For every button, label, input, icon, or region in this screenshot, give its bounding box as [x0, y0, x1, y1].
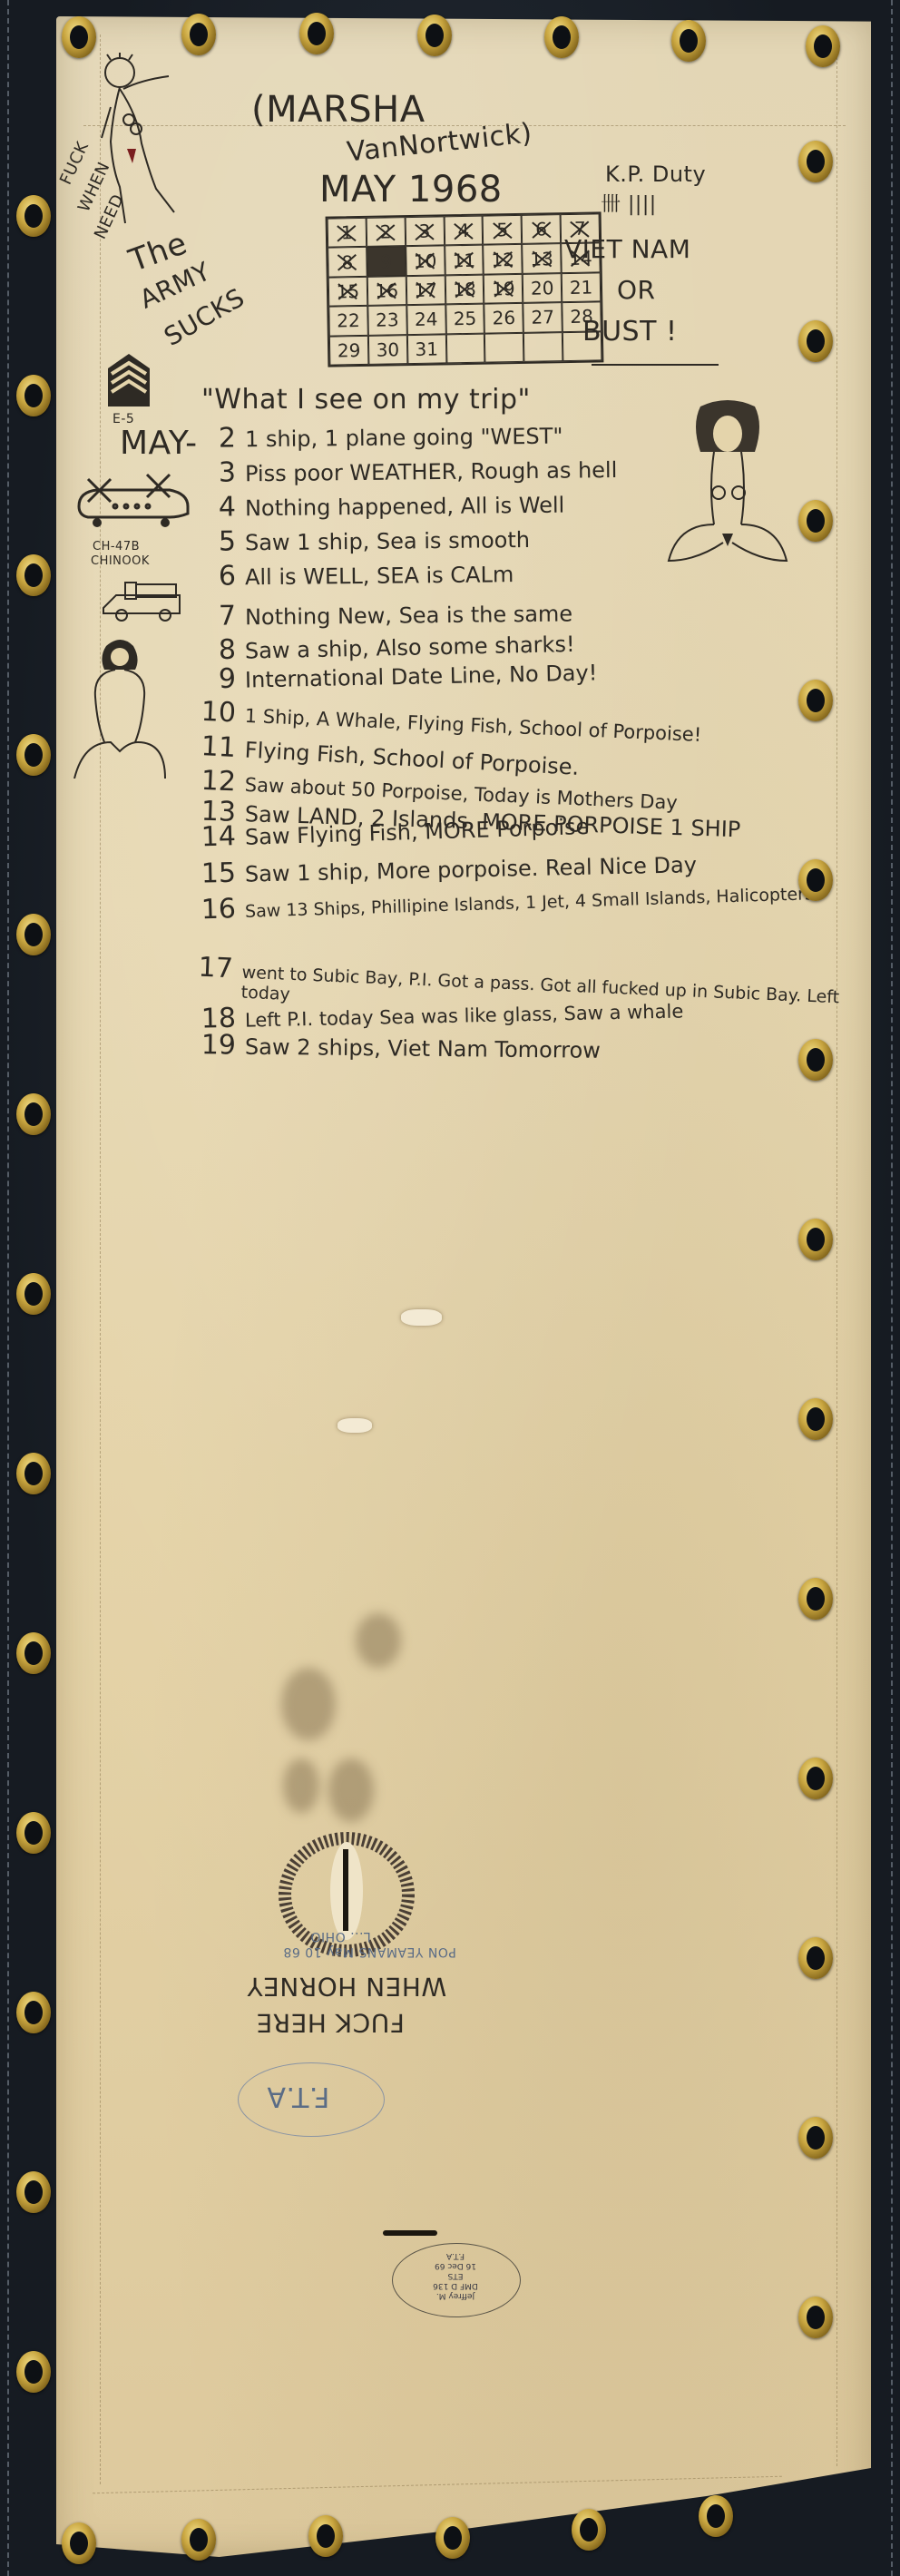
canvas-tear [337, 1418, 372, 1433]
log-entry-text: Saw Flying Fish, MORE Porpoise [245, 814, 590, 850]
log-entry: 7Nothing New, Sea is the same [183, 597, 572, 632]
brass-grommet [299, 13, 334, 54]
log-entry-day: 10 [182, 695, 245, 730]
pencil-hometown-upside-down: L... OHIO [310, 1929, 371, 1944]
brass-grommet [16, 375, 51, 416]
calendar-day: 23 [367, 305, 406, 335]
brass-grommet [308, 2515, 343, 2557]
log-entry: 21 ship, 1 plane going "WEST" [183, 419, 563, 455]
calendar-day: 4 [444, 216, 483, 246]
brass-grommet [798, 320, 833, 362]
calendar-day: 2 [366, 217, 405, 247]
brass-grommet [16, 554, 51, 596]
log-entry-text: Left P.I. today Sea was like glass, Saw … [245, 1000, 684, 1031]
stain [356, 1613, 401, 1668]
brass-grommet [16, 1453, 51, 1494]
brass-grommet [62, 2522, 96, 2564]
log-entry-text: 1 ship, 1 plane going "WEST" [245, 424, 563, 453]
calendar-day: 13 [522, 244, 561, 274]
chinook-helicopter-icon [70, 461, 197, 543]
calendar-day: 3 [405, 216, 444, 246]
brass-grommet [181, 14, 216, 55]
brass-grommet [16, 1812, 51, 1854]
calendar-day: 15 [328, 277, 367, 307]
log-entry-text: Saw 1 ship, Sea is smooth [245, 527, 530, 555]
fta-pencil-upside-down: F.T.A [267, 2081, 329, 2112]
log-entry-day: 16 [182, 893, 245, 926]
log-entry-day: 15 [183, 857, 246, 890]
canvas-slit [383, 2230, 437, 2236]
brass-grommet [181, 2519, 216, 2561]
bubble-line-3: ETS [401, 2270, 510, 2280]
lacing-cord-right [891, 0, 893, 2576]
stain [328, 1758, 374, 1822]
log-entry-text: Saw 13 Ships, Phillipine Islands, 1 Jet,… [245, 884, 814, 922]
brass-grommet [798, 2297, 833, 2338]
calendar-title: MAY 1968 [319, 169, 503, 211]
brass-grommet [16, 1632, 51, 1674]
log-entry: 5Saw 1 ship, Sea is smooth [183, 523, 530, 558]
log-entry-text: Piss poor WEATHER, Rough as hell [245, 457, 618, 486]
brass-grommet [798, 2117, 833, 2159]
brass-grommet [435, 2517, 470, 2559]
calendar-day: 1 [328, 218, 367, 248]
log-entry-text: Nothing happened, All is Well [245, 493, 565, 522]
helicopter-label-1: CH-47B [93, 541, 140, 553]
brass-grommet [798, 1039, 833, 1081]
speech-bubble: Jeffrey M. DMF D 136 ETS 16 Dec 69 F.T.A [383, 2230, 528, 2321]
brass-grommet [572, 2509, 606, 2551]
calendar-day: 27 [523, 302, 562, 332]
brass-grommet [16, 1093, 51, 1135]
may-1968-calendar: 1234567891011121314151617181920212223242… [326, 211, 604, 367]
sergeant-chevron-icon [106, 352, 152, 416]
log-entry-text: All is WELL, SEA is CALm [245, 562, 514, 590]
name-line-1: (MARSHA [251, 89, 426, 131]
log-entry-day: 19 [183, 1029, 245, 1062]
bubble-line-4: 16 Dec 69 [401, 2260, 510, 2270]
bubble-line-2: DMF D 136 [401, 2280, 510, 2290]
slogan-line-3: BUST ! [582, 316, 677, 348]
calendar-day: 31 [407, 334, 446, 364]
log-entry-text: Saw 2 ships, Viet Nam Tomorrow [245, 1034, 601, 1063]
brass-grommet [671, 20, 706, 62]
calendar-day: 18 [445, 274, 484, 304]
stain [281, 1668, 336, 1740]
calendar-day: 8 [328, 247, 367, 277]
brass-grommet [417, 15, 452, 56]
brass-grommet [798, 1937, 833, 1979]
slogan-line-2: OR [617, 275, 656, 305]
brass-grommet [798, 1578, 833, 1620]
lacing-cord-left [7, 0, 9, 2576]
calendar-day: 25 [445, 304, 484, 334]
brass-grommet [16, 195, 51, 237]
stain [283, 1758, 319, 1813]
log-entry-day: 11 [182, 730, 246, 765]
calendar-day: 20 [523, 273, 562, 303]
bubble-line-1: Jeffrey M. [401, 2290, 510, 2300]
calendar-day [484, 332, 523, 362]
brass-grommet [16, 1992, 51, 2033]
seam-right [836, 34, 837, 2466]
calendar-day: 30 [368, 335, 407, 365]
brass-grommet [798, 859, 833, 901]
calendar-day [523, 332, 562, 362]
bubble-line-5: F.T.A [401, 2250, 510, 2260]
ink-graffiti-upside-down-1: FUCK HERE [256, 2008, 405, 2038]
log-entry: 4Nothing happened, All is Well [183, 488, 565, 524]
brass-grommet [62, 16, 96, 58]
calendar-day: 24 [406, 305, 445, 335]
ink-graffiti-upside-down-2: WHEN HORNEY [247, 1972, 446, 2002]
brass-grommet [16, 2171, 51, 2213]
log-entry-day: 14 [182, 820, 245, 854]
calendar-day: 26 [484, 303, 523, 333]
calendar-day: 21 [562, 272, 601, 302]
calendar-day: 29 [329, 335, 368, 365]
brass-grommet [798, 500, 833, 542]
brass-grommet [16, 914, 51, 955]
calendar-day: 22 [328, 306, 367, 336]
log-entry: 19Saw 2 ships, Viet Nam Tomorrow [183, 1029, 601, 1065]
woman-bust-doodle [70, 633, 170, 779]
log-entry: 3Piss poor WEATHER, Rough as hell [183, 453, 618, 489]
brass-grommet [544, 16, 579, 58]
log-entry-text: International Date Line, No Day! [245, 660, 598, 692]
calendar-day: 17 [406, 275, 445, 305]
brass-grommet [699, 2495, 733, 2537]
calendar-day: 19 [484, 274, 523, 304]
canvas-tear [401, 1309, 442, 1326]
army-truck-icon [102, 579, 183, 624]
calendar-day: 9 [367, 247, 406, 277]
log-entry-text: Nothing New, Sea is the same [245, 602, 572, 631]
log-entry-day: 2 [183, 422, 245, 455]
seated-figure-doodle [664, 397, 800, 597]
calendar-day: 11 [445, 245, 484, 275]
brass-grommet [798, 1398, 833, 1440]
slogan-line-1: VIET NAM [564, 234, 690, 264]
seam-bottom [93, 2476, 782, 2494]
log-entry-day: 17 [183, 951, 243, 985]
brass-grommet [798, 141, 833, 182]
log-entry-day: 12 [182, 764, 245, 798]
pencil-signature-upside-down: PON YEAMANS May 10 68 [283, 1944, 456, 1959]
calendar-day [445, 333, 484, 363]
seam-left [100, 34, 101, 2484]
log-entry-day: 8 [183, 634, 246, 667]
calendar-day: 16 [367, 276, 406, 306]
calendar-day: 10 [406, 246, 445, 276]
helicopter-label-2: CHINOOK [91, 554, 150, 568]
brass-grommet [798, 680, 833, 721]
brass-grommet [16, 1273, 51, 1315]
calendar-day: 6 [522, 214, 561, 244]
kp-duty-tally: 卌 |||| [601, 189, 657, 217]
brass-grommet [806, 25, 840, 67]
log-entry-day: 6 [183, 560, 245, 593]
log-entry-day: 9 [183, 663, 246, 696]
cot-canvas: FUCK WHEN NEED The ARMY SUCKS (MARSHA Va… [56, 16, 871, 2557]
log-entry-day: 7 [183, 600, 245, 632]
log-title: "What I see on my trip" [201, 384, 531, 416]
log-entry: 6All is WELL, SEA is CALm [183, 557, 514, 593]
calendar-day: 12 [484, 244, 523, 274]
brass-grommet [798, 1758, 833, 1799]
kp-duty-label: K.P. Duty [605, 162, 706, 187]
brass-grommet [798, 1219, 833, 1260]
brass-grommet [16, 734, 51, 776]
brass-grommet [16, 2351, 51, 2393]
slogan-underline [592, 364, 719, 366]
calendar-day: 5 [483, 215, 522, 245]
